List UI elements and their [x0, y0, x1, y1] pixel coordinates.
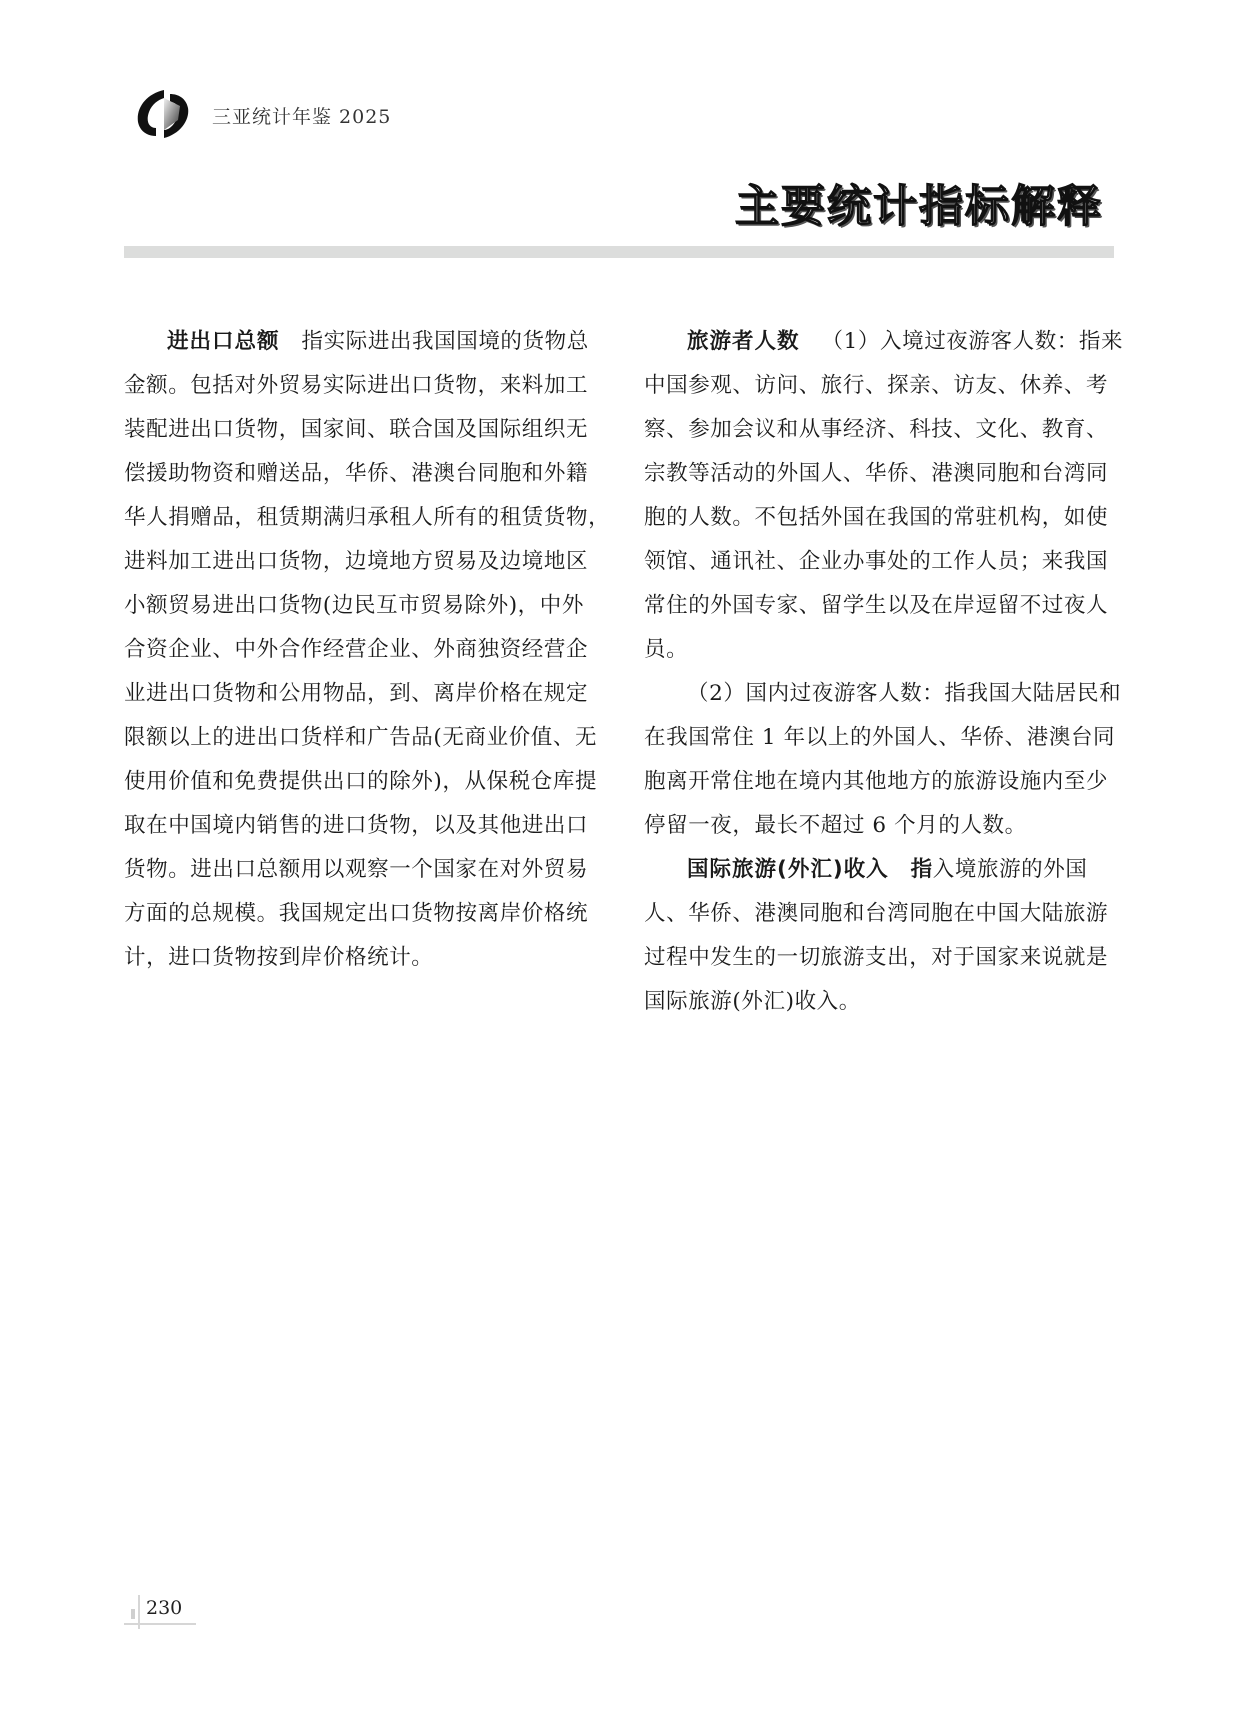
paragraph-line: 小额贸易进出口货物(边民互市贸易除外)，中外	[124, 584, 584, 628]
header-divider	[124, 246, 1114, 258]
page-footer: 230	[124, 1595, 196, 1625]
paragraph-line: 中国参观、访问、旅行、探亲、访友、休养、考	[644, 364, 1104, 408]
paragraph-line: 限额以上的进出口货样和广告品(无商业价值、无	[124, 716, 584, 760]
paragraph-line: 取在中国境内销售的进口货物，以及其他进出口	[124, 804, 584, 848]
paragraph-line: 过程中发生的一切旅游支出，对于国家来说就是	[644, 936, 1104, 980]
footer-horizontal-rule	[124, 1623, 196, 1625]
book-title: 三亚统计年鉴 2025	[212, 102, 391, 129]
paragraph-line: 胞离开常住地在境内其他地方的旅游设施内至少	[644, 760, 1104, 804]
paragraph-line: 华人捐赠品，租赁期满归承租人所有的租赁货物，	[124, 496, 584, 540]
paragraph-line: 进料加工进出口货物，边境地方贸易及边境地区	[124, 540, 584, 584]
term-heading: 国际旅游(外汇)收入	[687, 857, 889, 882]
paragraph-line: 旅游者人数（1）入境过夜游客人数：指来	[644, 320, 1104, 364]
paragraph-line: 人、华侨、港澳同胞和台湾同胞在中国大陆旅游	[644, 892, 1104, 936]
paragraph-line: 进出口总额指实际进出我国国境的货物总	[124, 320, 584, 364]
paragraph-line: 偿援助物资和赠送品，华侨、港澳台同胞和外籍	[124, 452, 584, 496]
paragraph-line: （2）国内过夜游客人数：指我国大陆居民和	[644, 672, 1104, 716]
yearbook-logo-icon	[134, 86, 192, 142]
paragraph-line: 停留一夜，最长不超过 6 个月的人数。	[644, 804, 1104, 848]
paragraph-line: 国际旅游(外汇)收入。	[644, 980, 1104, 1024]
paragraph-line: 方面的总规模。我国规定出口货物按离岸价格统	[124, 892, 584, 936]
paragraph-line: 计，进口货物按到岸价格统计。	[124, 936, 584, 980]
paragraph-line: 使用价值和免费提供出口的除外)，从保税仓库提	[124, 760, 584, 804]
footer-tick-mark	[131, 1609, 135, 1619]
paragraph-line: 领馆、通讯社、企业办事处的工作人员；来我国	[644, 540, 1104, 584]
term-heading: 进出口总额	[167, 329, 280, 354]
paragraph-line: 金额。包括对外贸易实际进出口货物，来料加工	[124, 364, 584, 408]
section-title: 主要统计指标解释	[735, 170, 1103, 234]
paragraph-line: 员。	[644, 628, 1104, 672]
paragraph-line: 货物。进出口总额用以观察一个国家在对外贸易	[124, 848, 584, 892]
paragraph-line: 国际旅游(外汇)收入指入境旅游的外国	[644, 848, 1104, 892]
paragraph-line: 常住的外国专家、留学生以及在岸逗留不过夜人	[644, 584, 1104, 628]
paragraph-line: 胞的人数。不包括外国在我国的常驻机构，如使	[644, 496, 1104, 540]
page-number: 230	[146, 1597, 182, 1619]
paragraph-line: 合资企业、中外合作经营企业、外商独资经营企	[124, 628, 584, 672]
left-column: 进出口总额指实际进出我国国境的货物总 金额。包括对外贸易实际进出口货物，来料加工…	[124, 320, 584, 980]
right-column: 旅游者人数（1）入境过夜游客人数：指来 中国参观、访问、旅行、探亲、访友、休养、…	[644, 320, 1104, 1024]
paragraph-line: 察、参加会议和从事经济、科技、文化、教育、	[644, 408, 1104, 452]
paragraph-line: 装配进出口货物，国家间、联合国及国际组织无	[124, 408, 584, 452]
paragraph-line: 在我国常住 1 年以上的外国人、华侨、港澳台同	[644, 716, 1104, 760]
term-heading: 旅游者人数	[687, 329, 800, 354]
paragraph-line: 宗教等活动的外国人、华侨、港澳同胞和台湾同	[644, 452, 1104, 496]
paragraph-line: 业进出口货物和公用物品，到、离岸价格在规定	[124, 672, 584, 716]
